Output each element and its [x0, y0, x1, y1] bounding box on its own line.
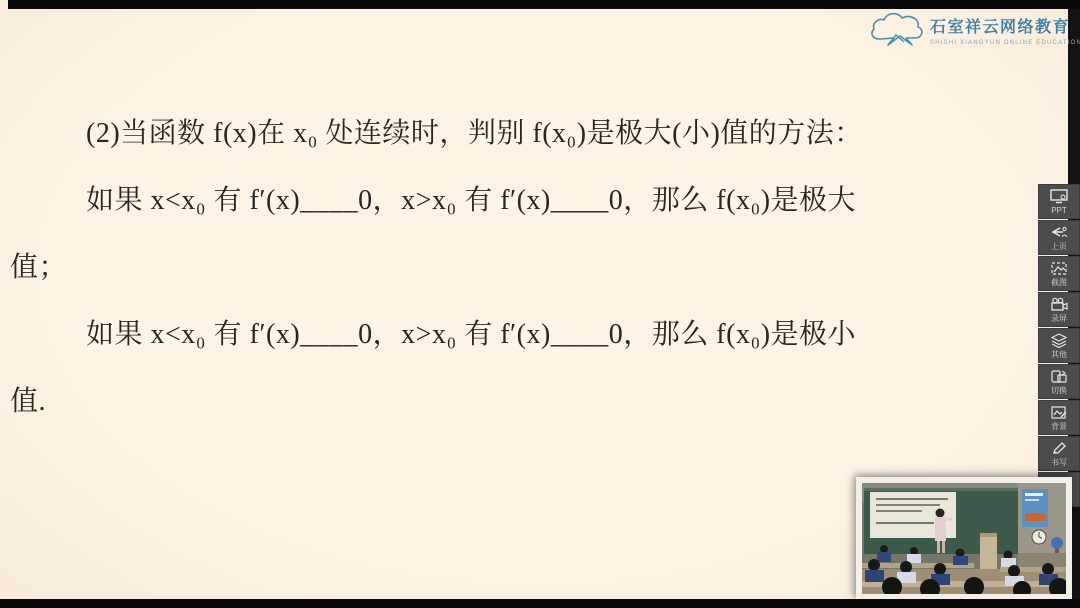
slide-line-4: 如果 x<x₀ 有 f′(x)____0，x>x₀ 有 f′(x)____0，那…	[10, 301, 1005, 368]
sidebar-button-label: 背景	[1051, 422, 1067, 431]
sidebar-button-label: 截图	[1051, 278, 1067, 287]
slide-line-1: (2)当函数 f(x)在 x₀ 处连续时，判别 f(x₀)是极大(小)值的方法：	[10, 100, 1005, 167]
video-camera-icon	[1050, 297, 1068, 313]
classroom-scene-image	[862, 483, 1066, 594]
slide-line-3: 值；	[10, 234, 1005, 301]
sidebar-button-label: 上页	[1051, 242, 1067, 251]
sidebar-button-write[interactable]: 书写	[1038, 436, 1080, 471]
pencil-icon	[1050, 441, 1068, 457]
sidebar-button-more[interactable]: 其他	[1038, 328, 1080, 363]
sidebar-button-prev-page[interactable]: 上页	[1038, 220, 1080, 255]
slide-content: (2)当函数 f(x)在 x₀ 处连续时，判别 f(x₀)是极大(小)值的方法：…	[10, 100, 1005, 435]
monitor-icon	[1050, 189, 1068, 205]
sidebar-button-label: 书写	[1051, 458, 1067, 467]
sidebar-button-record[interactable]: 录屏	[1038, 292, 1080, 327]
sidebar-button-label: 录屏	[1051, 314, 1067, 323]
sidebar-button-label: PPT	[1051, 206, 1067, 215]
picture-icon	[1050, 405, 1068, 421]
cloud-logo-icon	[866, 9, 926, 51]
logo-subtitle: SHISHI XIANGYUN ONLINE EDUCATION	[930, 40, 1080, 46]
bottom-frame-bar	[0, 599, 1080, 608]
sidebar-button-label: 切换	[1051, 386, 1067, 395]
logo: 石室祥云网络教育 SHISHI XIANGYUN ONLINE EDUCATIO…	[866, 6, 1072, 54]
tool-sidebar: PPT 上页 截图 录屏 其他 切换 背景	[1038, 184, 1080, 508]
layers-icon	[1050, 333, 1068, 349]
sidebar-button-background[interactable]: 背景	[1038, 400, 1080, 435]
classroom-camera-video[interactable]	[856, 477, 1072, 600]
sidebar-button-screenshot[interactable]: 截图	[1038, 256, 1080, 291]
switch-device-icon	[1050, 369, 1068, 385]
prev-page-arrow-icon	[1050, 225, 1068, 241]
sidebar-button-switch[interactable]: 切换	[1038, 364, 1080, 399]
logo-title: 石室祥云网络教育	[930, 14, 1080, 37]
screenshot-frame-icon	[1050, 261, 1068, 277]
slide-line-2: 如果 x<x₀ 有 f′(x)____0，x>x₀ 有 f′(x)____0，那…	[10, 167, 1005, 234]
sidebar-button-label: 其他	[1051, 350, 1067, 359]
sidebar-button-ppt[interactable]: PPT	[1038, 184, 1080, 219]
slide-line-5: 值.	[10, 368, 1005, 435]
